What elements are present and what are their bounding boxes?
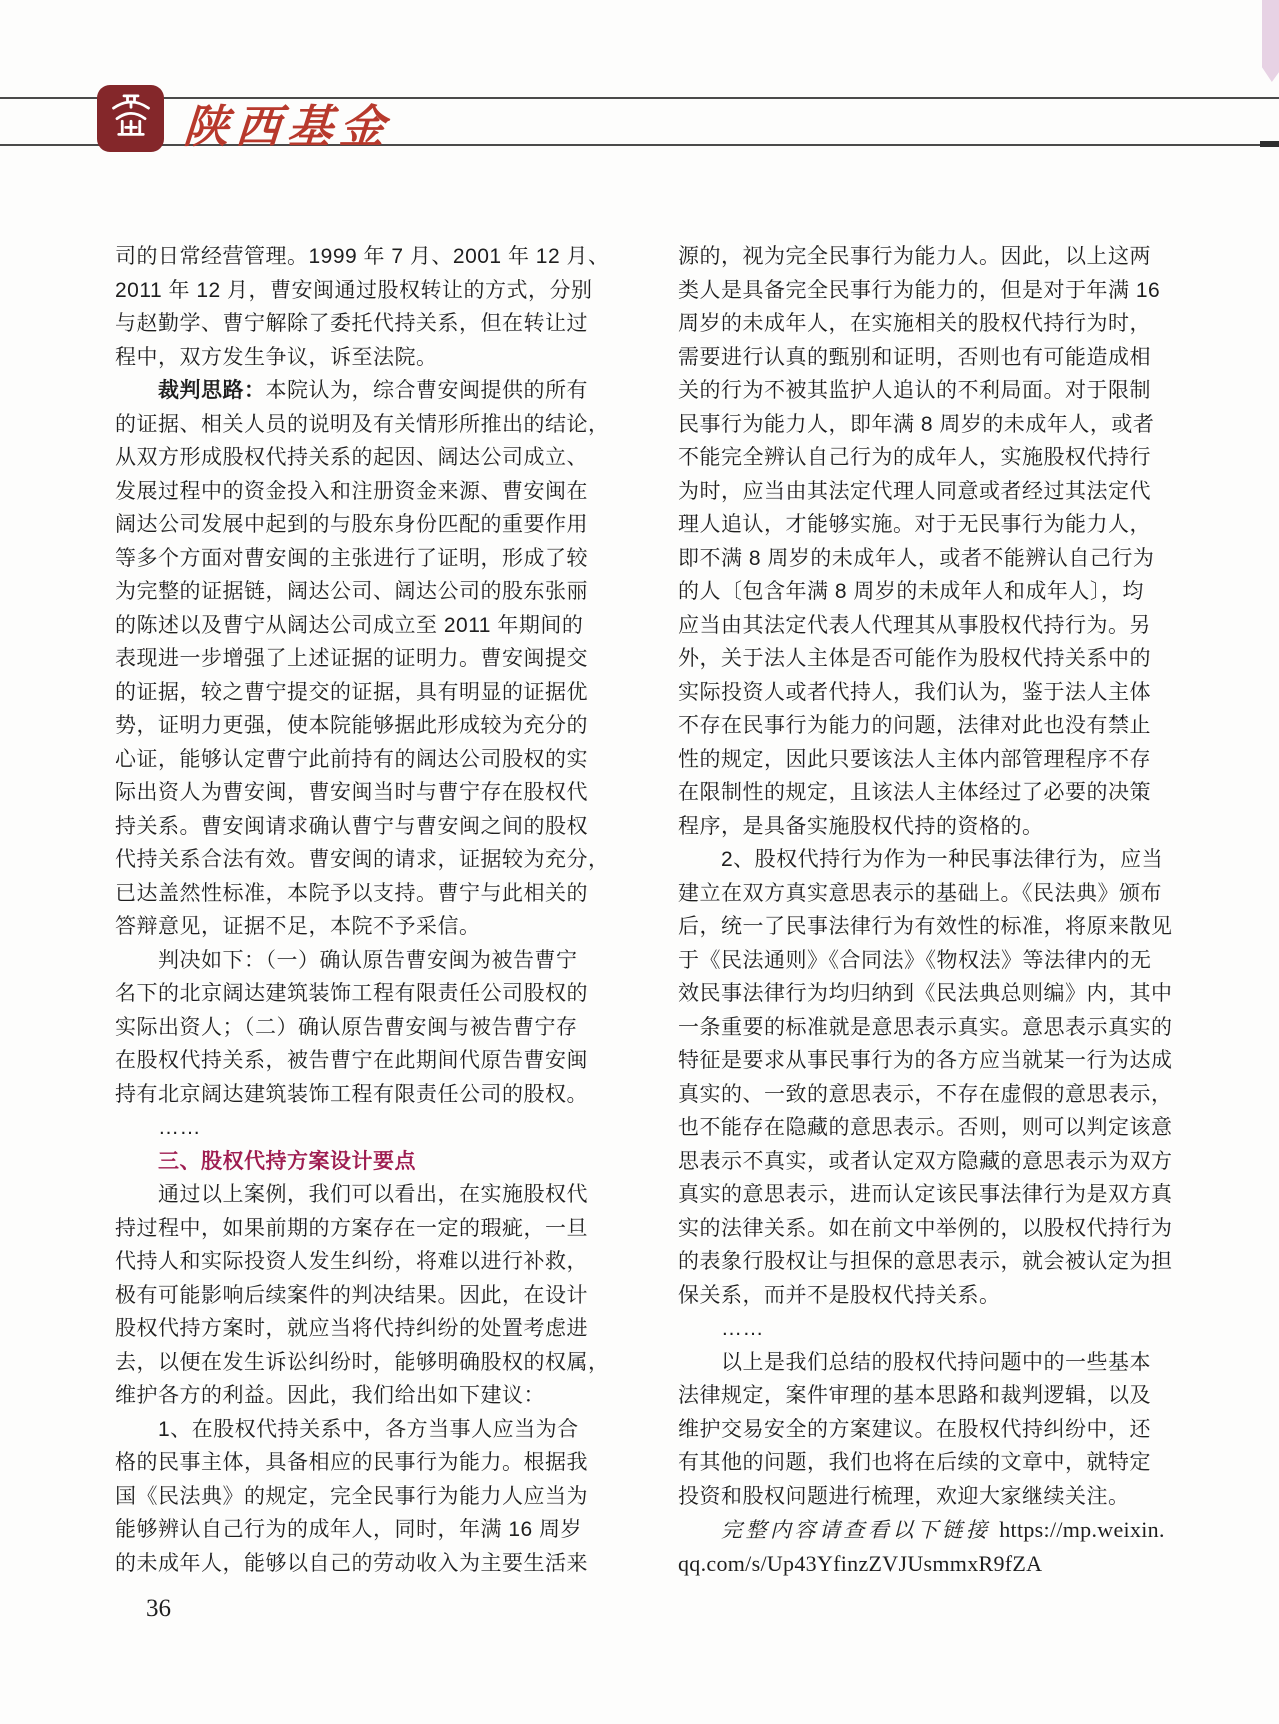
text-line: 际出资人为曹安闽，曹安闽当时与曹宁存在股权代 bbox=[115, 776, 601, 810]
text-line: qq.com/s/Up43YfinzZVJUsmmxR9fZA bbox=[678, 1547, 1164, 1581]
text-segment: …… bbox=[721, 1317, 764, 1340]
text-line: 1、在股权代持关系中，各方当事人应当为合 bbox=[115, 1413, 601, 1447]
text-line: 有其他的问题，我们也将在后续的文章中，就特定 bbox=[678, 1446, 1164, 1480]
text-segment: 司的日常经营管理。1999 年 7 月、2001 年 12 月、 bbox=[115, 245, 609, 268]
text-line: 保关系，而并不是股权代持关系。 bbox=[678, 1279, 1164, 1313]
text-line: 程序，是具备实施股权代持的资格的。 bbox=[678, 810, 1164, 844]
text-segment: 本院认为，综合曹安闽提供的所有 bbox=[266, 379, 589, 402]
text-line: 格的民事主体，具备相应的民事行为能力。根据我 bbox=[115, 1446, 601, 1480]
text-line: 外，关于法人主体是否可能作为股权代持关系中的 bbox=[678, 642, 1164, 676]
text-segment: 真实的意思表示，进而认定该民事法律行为是双方真 bbox=[678, 1183, 1173, 1206]
text-segment: 已达盖然性标准，本院予以支持。曹宁与此相关的 bbox=[115, 882, 588, 905]
text-line: 特征是要求从事民事行为的各方应当就某一行为达成 bbox=[678, 1044, 1164, 1078]
text-segment: 代持关系合法有效。曹安闽的请求，证据较为充分， bbox=[115, 848, 610, 871]
text-line: 持有北京阔达建筑装饰工程有限责任公司的股权。 bbox=[115, 1078, 601, 1112]
text-line: 效民事法律行为均归纳到《民法典总则编》内，其中 bbox=[678, 977, 1164, 1011]
text-segment: 在股权代持关系，被告曹宁在此期间代原告曹安闽 bbox=[115, 1049, 588, 1072]
shaanxi-fund-logo bbox=[97, 85, 164, 152]
text-segment: qq.com/s/Up43YfinzZVJUsmmxR9fZA bbox=[678, 1551, 1042, 1576]
text-line: 维护交易安全的方案建议。在股权代持纠纷中，还 bbox=[678, 1413, 1164, 1447]
text-line: 维护各方的利益。因此，我们给出如下建议： bbox=[115, 1379, 601, 1413]
text-segment: 名下的北京阔达建筑装饰工程有限责任公司股权的 bbox=[115, 982, 588, 1005]
text-line: 答辩意见，证据不足，本院不予采信。 bbox=[115, 910, 601, 944]
text-segment: 关的行为不被其监护人追认的不利局面。对于限制 bbox=[678, 379, 1151, 402]
text-line: 名下的北京阔达建筑装饰工程有限责任公司股权的 bbox=[115, 977, 601, 1011]
text-line: 理人追认，才能够实施。对于无民事行为能力人， bbox=[678, 508, 1164, 542]
text-segment: 的证据，较之曹宁提交的证据，具有明显的证据优 bbox=[115, 681, 588, 704]
text-segment: 2011 年 12 月，曹安闽通过股权转让的方式，分别 bbox=[115, 279, 593, 302]
text-line: 势，证明力更强，使本院能够据此形成较为充分的 bbox=[115, 709, 601, 743]
text-segment: 的人〔包含年满 8 周岁的未成年人和成年人〕，均 bbox=[678, 580, 1144, 603]
text-line: 司的日常经营管理。1999 年 7 月、2001 年 12 月、 bbox=[115, 240, 601, 274]
text-line: 关的行为不被其监护人追认的不利局面。对于限制 bbox=[678, 374, 1164, 408]
text-segment: 程中，双方发生争议，诉至法院。 bbox=[115, 346, 438, 369]
text-line: 完整内容请查看以下链接 https://mp.weixin. bbox=[678, 1513, 1164, 1547]
text-segment: 有其他的问题，我们也将在后续的文章中，就特定 bbox=[678, 1451, 1151, 1474]
text-line: 的未成年人，能够以自己的劳动收入为主要生活来 bbox=[115, 1547, 601, 1581]
right-text-column: 源的，视为完全民事行为能力人。因此，以上这两类人是具备完全民事行为能力的，但是对… bbox=[678, 240, 1164, 1580]
text-segment: 以上是我们总结的股权代持问题中的一些基本 bbox=[721, 1351, 1151, 1374]
text-segment: 等多个方面对曹安闽的主张进行了证明，形成了较 bbox=[115, 547, 588, 570]
corner-ribbon bbox=[1262, 0, 1279, 82]
text-segment: 从双方形成股权代持关系的起因、阔达公司成立、 bbox=[115, 446, 588, 469]
text-segment: 即不满 8 周岁的未成年人，或者不能辨认自己行为 bbox=[678, 547, 1154, 570]
text-segment: 后，统一了民事法律行为有效性的标准，将原来散见 bbox=[678, 915, 1173, 938]
text-line: 实际出资人；（二）确认原告曹安闽与被告曹宁存 bbox=[115, 1011, 601, 1045]
text-line: 真实的、一致的意思表示，不存在虚假的意思表示， bbox=[678, 1078, 1164, 1112]
text-line: 代持人和实际投资人发生纠纷，将难以进行补救， bbox=[115, 1245, 601, 1279]
text-segment: 国《民法典》的规定，完全民事行为能力人应当为 bbox=[115, 1485, 588, 1508]
text-segment: 的表象行股权让与担保的意思表示，就会被认定为担 bbox=[678, 1250, 1173, 1273]
text-segment: 股权代持方案时，就应当将代持纠纷的处置考虑进 bbox=[115, 1317, 588, 1340]
text-segment: 外，关于法人主体是否可能作为股权代持关系中的 bbox=[678, 647, 1151, 670]
text-segment: 持关系。曹安闽请求确认曹宁与曹安闽之间的股权 bbox=[115, 815, 588, 838]
text-segment: 实际投资人或者代持人，我们认为，鉴于法人主体 bbox=[678, 681, 1151, 704]
text-segment: 一条重要的标准就是意思表示真实。意思表示真实的 bbox=[678, 1016, 1173, 1039]
text-segment: 发展过程中的资金投入和注册资金来源、曹安闽在 bbox=[115, 480, 588, 503]
text-line: 民事行为能力人，即年满 8 周岁的未成年人，或者 bbox=[678, 408, 1164, 442]
text-segment: 源的，视为完全民事行为能力人。因此，以上这两 bbox=[678, 245, 1151, 268]
text-line: 国《民法典》的规定，完全民事行为能力人应当为 bbox=[115, 1480, 601, 1514]
text-line: 实际投资人或者代持人，我们认为，鉴于法人主体 bbox=[678, 676, 1164, 710]
text-line: 投资和股权问题进行梳理，欢迎大家继续关注。 bbox=[678, 1480, 1164, 1514]
text-line: 能够辨认自己行为的成年人，同时，年满 16 周岁 bbox=[115, 1513, 601, 1547]
text-segment: 周岁的未成年人，在实施相关的股权代持行为时， bbox=[678, 312, 1151, 335]
text-segment: 的证据、相关人员的说明及有关情形所推出的结论， bbox=[115, 413, 610, 436]
text-segment: 际出资人为曹安闽，曹安闽当时与曹宁存在股权代 bbox=[115, 781, 588, 804]
pagoda-seal-icon bbox=[103, 88, 159, 149]
text-segment: 也不能存在隐藏的意思表示。否则，则可以判定该意 bbox=[678, 1116, 1173, 1139]
text-segment: 去，以便在发生诉讼纠纷时，能够明确股权的权属， bbox=[115, 1351, 610, 1374]
text-line: 真实的意思表示，进而认定该民事法律行为是双方真 bbox=[678, 1178, 1164, 1212]
text-line: 去，以便在发生诉讼纠纷时，能够明确股权的权属， bbox=[115, 1346, 601, 1380]
text-segment: 应当由其法定代表人代理其从事股权代持行为。另 bbox=[678, 614, 1151, 637]
text-segment: https://mp.weixin. bbox=[999, 1517, 1165, 1542]
text-line: 极有可能影响后续案件的判决结果。因此，在设计 bbox=[115, 1279, 601, 1313]
text-segment: 民事行为能力人，即年满 8 周岁的未成年人，或者 bbox=[678, 413, 1154, 436]
text-segment: 维护交易安全的方案建议。在股权代持纠纷中，还 bbox=[678, 1418, 1151, 1441]
text-segment: 与赵勤学、曹宁解除了委托代持关系，但在转让过 bbox=[115, 312, 588, 335]
text-segment: 心证，能够认定曹宁此前持有的阔达公司股权的实 bbox=[115, 748, 588, 771]
text-line: 程中，双方发生争议，诉至法院。 bbox=[115, 341, 601, 375]
text-line: 股权代持方案时，就应当将代持纠纷的处置考虑进 bbox=[115, 1312, 601, 1346]
text-line: 表现进一步增强了上述证据的证明力。曹安闽提交 bbox=[115, 642, 601, 676]
text-line: 应当由其法定代表人代理其从事股权代持行为。另 bbox=[678, 609, 1164, 643]
text-line: 类人是具备完全民事行为能力的，但是对于年满 16 bbox=[678, 274, 1164, 308]
text-line: 与赵勤学、曹宁解除了委托代持关系，但在转让过 bbox=[115, 307, 601, 341]
text-segment: 真实的、一致的意思表示，不存在虚假的意思表示， bbox=[678, 1083, 1173, 1106]
text-segment: 实的法律关系。如在前文中举例的，以股权代持行为 bbox=[678, 1217, 1173, 1240]
text-line: 的人〔包含年满 8 周岁的未成年人和成年人〕，均 bbox=[678, 575, 1164, 609]
text-line: 为时，应当由其法定代理人同意或者经过其法定代 bbox=[678, 475, 1164, 509]
text-line: 在股权代持关系，被告曹宁在此期间代原告曹安闽 bbox=[115, 1044, 601, 1078]
text-segment: 为完整的证据链，阔达公司、阔达公司的股东张丽 bbox=[115, 580, 588, 603]
text-line: 于《民法通则》《合同法》《物权法》等法律内的无 bbox=[678, 944, 1164, 978]
text-line: 持过程中，如果前期的方案存在一定的瑕疵，一旦 bbox=[115, 1212, 601, 1246]
text-segment: 代持人和实际投资人发生纠纷，将难以进行补救， bbox=[115, 1250, 588, 1273]
text-line: 已达盖然性标准，本院予以支持。曹宁与此相关的 bbox=[115, 877, 601, 911]
text-line: 等多个方面对曹安闽的主张进行了证明，形成了较 bbox=[115, 542, 601, 576]
magazine-page: 陕西基金 司的日常经营管理。1999 年 7 月、2001 年 12 月、201… bbox=[0, 0, 1279, 1724]
text-segment: 实际出资人；（二）确认原告曹安闽与被告曹宁存 bbox=[115, 1016, 578, 1039]
text-segment: …… bbox=[158, 1116, 201, 1139]
text-line: 也不能存在隐藏的意思表示。否则，则可以判定该意 bbox=[678, 1111, 1164, 1145]
text-segment: 的陈述以及曹宁从阔达公司成立至 2011 年期间的 bbox=[115, 614, 583, 637]
text-segment: 持有北京阔达建筑装饰工程有限责任公司的股权。 bbox=[115, 1083, 588, 1106]
text-segment: 通过以上案例，我们可以看出，在实施股权代 bbox=[158, 1183, 588, 1206]
text-segment: 思表示不真实，或者认定双方隐藏的意思表示为双方 bbox=[678, 1150, 1173, 1173]
text-line: 发展过程中的资金投入和注册资金来源、曹安闽在 bbox=[115, 475, 601, 509]
text-segment: 1、在股权代持关系中，各方当事人应当为合 bbox=[158, 1418, 579, 1441]
text-segment: 效民事法律行为均归纳到《民法典总则编》内，其中 bbox=[678, 982, 1173, 1005]
header-rule-accent bbox=[1260, 141, 1279, 147]
text-segment: 为时，应当由其法定代理人同意或者经过其法定代 bbox=[678, 480, 1151, 503]
text-line: 心证，能够认定曹宁此前持有的阔达公司股权的实 bbox=[115, 743, 601, 777]
text-line: 后，统一了民事法律行为有效性的标准，将原来散见 bbox=[678, 910, 1164, 944]
text-segment: 保关系，而并不是股权代持关系。 bbox=[678, 1284, 1001, 1307]
text-line: 的表象行股权让与担保的意思表示，就会被认定为担 bbox=[678, 1245, 1164, 1279]
text-line: 2、股权代持行为作为一种民事法律行为，应当 bbox=[678, 843, 1164, 877]
text-segment: 极有可能影响后续案件的判决结果。因此，在设计 bbox=[115, 1284, 588, 1307]
text-line: 周岁的未成年人，在实施相关的股权代持行为时， bbox=[678, 307, 1164, 341]
text-line: 三、股权代持方案设计要点 bbox=[115, 1145, 601, 1179]
text-segment: 持过程中，如果前期的方案存在一定的瑕疵，一旦 bbox=[115, 1217, 588, 1240]
text-segment: 法律规定，案件审理的基本思路和裁判逻辑，以及 bbox=[678, 1384, 1151, 1407]
text-line: 通过以上案例，我们可以看出，在实施股权代 bbox=[115, 1178, 601, 1212]
text-segment: 性的规定，因此只要该法人主体内部管理程序不存 bbox=[678, 748, 1151, 771]
page-number: 36 bbox=[146, 1595, 171, 1623]
text-segment: 表现进一步增强了上述证据的证明力。曹安闽提交 bbox=[115, 647, 588, 670]
text-segment: 2、股权代持行为作为一种民事法律行为，应当 bbox=[721, 848, 1163, 871]
text-line: 在限制性的规定，且该法人主体经过了必要的决策 bbox=[678, 776, 1164, 810]
text-line: 建立在双方真实意思表示的基础上。《民法典》颁布 bbox=[678, 877, 1164, 911]
text-segment: 需要进行认真的甄别和证明，否则也有可能造成相 bbox=[678, 346, 1151, 369]
text-segment: 投资和股权问题进行梳理，欢迎大家继续关注。 bbox=[678, 1485, 1130, 1508]
text-line: 不存在民事行为能力的问题，法律对此也没有禁止 bbox=[678, 709, 1164, 743]
text-segment: 程序，是具备实施股权代持的资格的。 bbox=[678, 815, 1044, 838]
text-line: 源的，视为完全民事行为能力人。因此，以上这两 bbox=[678, 240, 1164, 274]
text-line: 的证据、相关人员的说明及有关情形所推出的结论， bbox=[115, 408, 601, 442]
brand-title: 陕西基金 bbox=[182, 90, 395, 155]
text-line: 即不满 8 周岁的未成年人，或者不能辨认自己行为 bbox=[678, 542, 1164, 576]
text-segment: 的未成年人，能够以自己的劳动收入为主要生活来 bbox=[115, 1552, 588, 1575]
text-line: 判决如下：（一）确认原告曹安闽为被告曹宁 bbox=[115, 944, 601, 978]
text-line: 思表示不真实，或者认定双方隐藏的意思表示为双方 bbox=[678, 1145, 1164, 1179]
text-segment: 维护各方的利益。因此，我们给出如下建议： bbox=[115, 1384, 545, 1407]
text-line: 的陈述以及曹宁从阔达公司成立至 2011 年期间的 bbox=[115, 609, 601, 643]
text-segment: 理人追认，才能够实施。对于无民事行为能力人， bbox=[678, 513, 1151, 536]
text-segment: 三、股权代持方案设计要点 bbox=[158, 1150, 416, 1173]
text-line: 2011 年 12 月，曹安闽通过股权转让的方式，分别 bbox=[115, 274, 601, 308]
text-line: 以上是我们总结的股权代持问题中的一些基本 bbox=[678, 1346, 1164, 1380]
text-line: …… bbox=[115, 1111, 601, 1145]
text-line: 一条重要的标准就是意思表示真实。意思表示真实的 bbox=[678, 1011, 1164, 1045]
text-line: 从双方形成股权代持关系的起因、阔达公司成立、 bbox=[115, 441, 601, 475]
text-line: 为完整的证据链，阔达公司、阔达公司的股东张丽 bbox=[115, 575, 601, 609]
text-segment: 特征是要求从事民事行为的各方应当就某一行为达成 bbox=[678, 1049, 1173, 1072]
text-line: 性的规定，因此只要该法人主体内部管理程序不存 bbox=[678, 743, 1164, 777]
text-segment: 建立在双方真实意思表示的基础上。《民法典》颁布 bbox=[678, 882, 1162, 905]
text-line: 需要进行认真的甄别和证明，否则也有可能造成相 bbox=[678, 341, 1164, 375]
text-segment: 裁判思路： bbox=[158, 379, 266, 402]
text-line: 阔达公司发展中起到的与股东身份匹配的重要作用 bbox=[115, 508, 601, 542]
text-segment: 答辩意见，证据不足，本院不予采信。 bbox=[115, 915, 481, 938]
text-segment: 能够辨认自己行为的成年人，同时，年满 16 周岁 bbox=[115, 1518, 582, 1541]
text-segment: 不存在民事行为能力的问题，法律对此也没有禁止 bbox=[678, 714, 1151, 737]
text-segment: 类人是具备完全民事行为能力的，但是对于年满 16 bbox=[678, 279, 1160, 302]
text-segment: 完整内容请查看以下链接 bbox=[721, 1518, 999, 1542]
text-line: …… bbox=[678, 1312, 1164, 1346]
text-segment: 阔达公司发展中起到的与股东身份匹配的重要作用 bbox=[115, 513, 588, 536]
text-line: 代持关系合法有效。曹安闽的请求，证据较为充分， bbox=[115, 843, 601, 877]
text-line: 法律规定，案件审理的基本思路和裁判逻辑，以及 bbox=[678, 1379, 1164, 1413]
text-line: 持关系。曹安闽请求确认曹宁与曹安闽之间的股权 bbox=[115, 810, 601, 844]
text-segment: 于《民法通则》《合同法》《物权法》等法律内的无 bbox=[678, 949, 1152, 972]
text-segment: 判决如下：（一）确认原告曹安闽为被告曹宁 bbox=[158, 949, 578, 972]
text-segment: 势，证明力更强，使本院能够据此形成较为充分的 bbox=[115, 714, 588, 737]
text-segment: 不能完全辨认自己行为的成年人，实施股权代持行 bbox=[678, 446, 1151, 469]
text-line: 裁判思路：本院认为，综合曹安闽提供的所有 bbox=[115, 374, 601, 408]
text-line: 的证据，较之曹宁提交的证据，具有明显的证据优 bbox=[115, 676, 601, 710]
left-text-column: 司的日常经营管理。1999 年 7 月、2001 年 12 月、2011 年 1… bbox=[115, 240, 601, 1580]
text-line: 不能完全辨认自己行为的成年人，实施股权代持行 bbox=[678, 441, 1164, 475]
text-line: 实的法律关系。如在前文中举例的，以股权代持行为 bbox=[678, 1212, 1164, 1246]
text-segment: 格的民事主体，具备相应的民事行为能力。根据我 bbox=[115, 1451, 588, 1474]
text-segment: 在限制性的规定，且该法人主体经过了必要的决策 bbox=[678, 781, 1151, 804]
